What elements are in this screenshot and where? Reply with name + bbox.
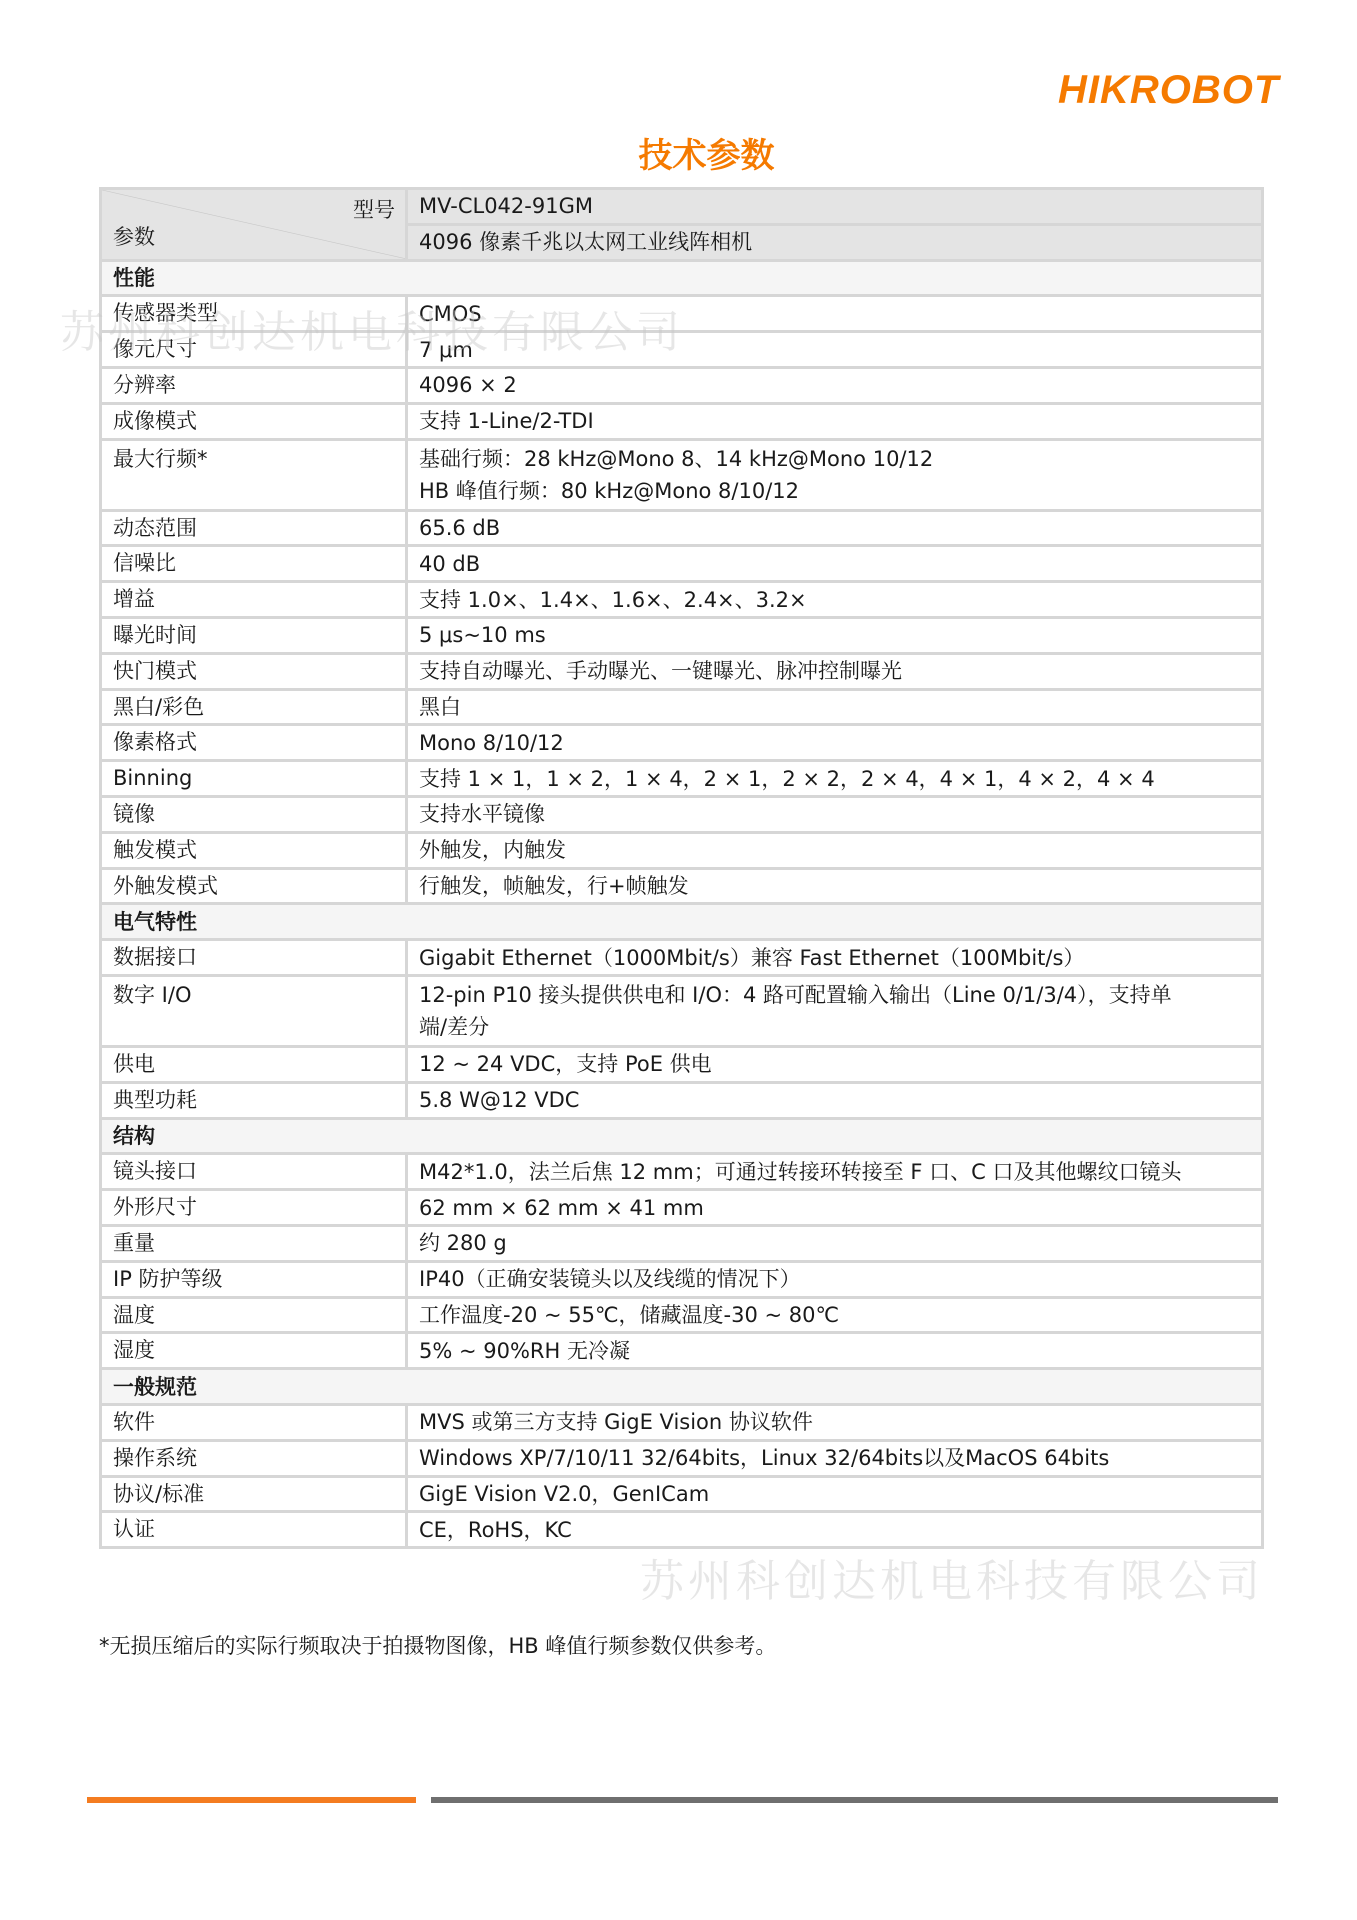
spec-value-line: IP40（正确安装镜头以及线缆的情况下） bbox=[419, 1263, 1261, 1295]
spec-label: 镜头接口 bbox=[101, 1154, 407, 1190]
spec-label: IP 防护等级 bbox=[101, 1261, 407, 1297]
spec-value-line: HB 峰值行频：80 kHz@Mono 8/10/12 bbox=[419, 475, 1261, 507]
spec-row: 典型功耗5.8 W@12 VDC bbox=[101, 1082, 1263, 1118]
spec-value-line: 62 mm × 62 mm × 41 mm bbox=[419, 1192, 1261, 1224]
page-title: 技术参数 bbox=[0, 128, 1357, 177]
spec-value-line: 约 280 g bbox=[419, 1227, 1261, 1259]
spec-row: 协议/标准GigE Vision V2.0，GenICam bbox=[101, 1476, 1263, 1512]
spec-row: 数据接口Gigabit Ethernet（1000Mbit/s）兼容 Fast … bbox=[101, 940, 1263, 976]
spec-label: 信噪比 bbox=[101, 546, 407, 582]
spec-row: 重量约 280 g bbox=[101, 1225, 1263, 1261]
spec-value: 基础行频：28 kHz@Mono 8、14 kHz@Mono 10/12HB 峰… bbox=[407, 439, 1263, 510]
spec-label: 数据接口 bbox=[101, 940, 407, 976]
section-title: 性能 bbox=[101, 260, 1263, 296]
spec-value-line: 5 μs~10 ms bbox=[419, 619, 1261, 651]
param-label: 参数 bbox=[113, 221, 155, 253]
spec-row: 分辨率4096 × 2 bbox=[101, 367, 1263, 403]
spec-value: MVS 或第三方支持 GigE Vision 协议软件 bbox=[407, 1404, 1263, 1440]
spec-row: 触发模式外触发，内触发 bbox=[101, 832, 1263, 868]
spec-label: 像素格式 bbox=[101, 725, 407, 761]
spec-value: 4096 × 2 bbox=[407, 367, 1263, 403]
spec-value-line: Gigabit Ethernet（1000Mbit/s）兼容 Fast Ethe… bbox=[419, 942, 1261, 974]
spec-label: 外触发模式 bbox=[101, 868, 407, 904]
spec-row: 动态范围65.6 dB bbox=[101, 510, 1263, 546]
spec-label: 软件 bbox=[101, 1404, 407, 1440]
spec-value-line: CE，RoHS，KC bbox=[419, 1514, 1261, 1546]
spec-label: 重量 bbox=[101, 1225, 407, 1261]
model-label: 型号 bbox=[353, 194, 395, 226]
spec-value-line: 支持 1 × 1，1 × 2，1 × 4，2 × 1，2 × 2，2 × 4，4… bbox=[419, 763, 1261, 795]
spec-value: M42*1.0，法兰后焦 12 mm；可通过转接环转接至 F 口、C 口及其他螺… bbox=[407, 1154, 1263, 1190]
spec-row: 温度工作温度-20 ~ 55℃，储藏温度-30 ~ 80℃ bbox=[101, 1297, 1263, 1333]
section-header: 结构 bbox=[101, 1118, 1263, 1154]
spec-value-line: M42*1.0，法兰后焦 12 mm；可通过转接环转接至 F 口、C 口及其他螺… bbox=[419, 1156, 1261, 1188]
spec-row: 湿度5% ~ 90%RH 无冷凝 bbox=[101, 1333, 1263, 1369]
spec-value: 支持 1-Line/2-TDI bbox=[407, 403, 1263, 439]
spec-value: 黑白 bbox=[407, 689, 1263, 725]
spec-value-line: 基础行频：28 kHz@Mono 8、14 kHz@Mono 10/12 bbox=[419, 443, 1261, 475]
spec-row: 数字 I/O12-pin P10 接头提供供电和 I/O：4 路可配置输入输出（… bbox=[101, 975, 1263, 1046]
watermark-bottom: 苏州科创达机电科技有限公司 bbox=[640, 1545, 1264, 1609]
section-header: 电气特性 bbox=[101, 904, 1263, 940]
section-title: 电气特性 bbox=[101, 904, 1263, 940]
spec-label: 分辨率 bbox=[101, 367, 407, 403]
spec-value: 支持 1.0×、1.4×、1.6×、2.4×、3.2× bbox=[407, 582, 1263, 618]
spec-value: IP40（正确安装镜头以及线缆的情况下） bbox=[407, 1261, 1263, 1297]
spec-value: 40 dB bbox=[407, 546, 1263, 582]
spec-label: 触发模式 bbox=[101, 832, 407, 868]
footer-bar-orange bbox=[87, 1797, 416, 1803]
spec-label: Binning bbox=[101, 761, 407, 797]
spec-value: 65.6 dB bbox=[407, 510, 1263, 546]
spec-value: Mono 8/10/12 bbox=[407, 725, 1263, 761]
spec-label: 外形尺寸 bbox=[101, 1190, 407, 1226]
spec-value: 行触发，帧触发，行+帧触发 bbox=[407, 868, 1263, 904]
spec-value: 5% ~ 90%RH 无冷凝 bbox=[407, 1333, 1263, 1369]
spec-value: Gigabit Ethernet（1000Mbit/s）兼容 Fast Ethe… bbox=[407, 940, 1263, 976]
spec-value-line: 12 ~ 24 VDC，支持 PoE 供电 bbox=[419, 1048, 1261, 1080]
spec-label: 温度 bbox=[101, 1297, 407, 1333]
section-title: 结构 bbox=[101, 1118, 1263, 1154]
spec-row: 最大行频*基础行频：28 kHz@Mono 8、14 kHz@Mono 10/1… bbox=[101, 439, 1263, 510]
spec-value: CMOS bbox=[407, 296, 1263, 332]
spec-value-line: 5% ~ 90%RH 无冷凝 bbox=[419, 1335, 1261, 1367]
spec-value: 62 mm × 62 mm × 41 mm bbox=[407, 1190, 1263, 1226]
spec-label: 动态范围 bbox=[101, 510, 407, 546]
spec-value-line: 黑白 bbox=[419, 691, 1261, 723]
spec-row: 传感器类型CMOS bbox=[101, 296, 1263, 332]
spec-value-line: GigE Vision V2.0，GenICam bbox=[419, 1478, 1261, 1510]
spec-row: 外形尺寸62 mm × 62 mm × 41 mm bbox=[101, 1190, 1263, 1226]
header-row-model: 型号 参数 MV-CL042-91GM bbox=[101, 189, 1263, 225]
spec-value: CE，RoHS，KC bbox=[407, 1512, 1263, 1548]
spec-value-line: 5.8 W@12 VDC bbox=[419, 1084, 1261, 1116]
spec-value: Windows XP/7/10/11 32/64bits，Linux 32/64… bbox=[407, 1440, 1263, 1476]
spec-value: 外触发，内触发 bbox=[407, 832, 1263, 868]
spec-value-line: 工作温度-20 ~ 55℃，储藏温度-30 ~ 80℃ bbox=[419, 1299, 1261, 1331]
spec-label: 认证 bbox=[101, 1512, 407, 1548]
spec-label: 黑白/彩色 bbox=[101, 689, 407, 725]
spec-row: 快门模式支持自动曝光、手动曝光、一键曝光、脉冲控制曝光 bbox=[101, 653, 1263, 689]
spec-label: 像元尺寸 bbox=[101, 332, 407, 368]
section-title: 一般规范 bbox=[101, 1369, 1263, 1405]
spec-label: 操作系统 bbox=[101, 1440, 407, 1476]
spec-row: 镜头接口M42*1.0，法兰后焦 12 mm；可通过转接环转接至 F 口、C 口… bbox=[101, 1154, 1263, 1190]
spec-value-line: 支持 1.0×、1.4×、1.6×、2.4×、3.2× bbox=[419, 584, 1261, 616]
spec-value-line: 7 μm bbox=[419, 334, 1261, 366]
spec-value-line: 4096 × 2 bbox=[419, 369, 1261, 401]
spec-label: 镜像 bbox=[101, 796, 407, 832]
spec-row: 镜像支持水平镜像 bbox=[101, 796, 1263, 832]
spec-row: IP 防护等级IP40（正确安装镜头以及线缆的情况下） bbox=[101, 1261, 1263, 1297]
spec-row: 像元尺寸7 μm bbox=[101, 332, 1263, 368]
spec-value-line: 12-pin P10 接头提供供电和 I/O：4 路可配置输入输出（Line 0… bbox=[419, 979, 1261, 1011]
spec-table: 型号 参数 MV-CL042-91GM 4096 像素千兆以太网工业线阵相机 性… bbox=[99, 187, 1264, 1549]
spec-row: 软件MVS 或第三方支持 GigE Vision 协议软件 bbox=[101, 1404, 1263, 1440]
spec-value: 12-pin P10 接头提供供电和 I/O：4 路可配置输入输出（Line 0… bbox=[407, 975, 1263, 1046]
spec-value-line: Mono 8/10/12 bbox=[419, 727, 1261, 759]
spec-value-line: 外触发，内触发 bbox=[419, 834, 1261, 866]
spec-value: 约 280 g bbox=[407, 1225, 1263, 1261]
spec-row: 像素格式Mono 8/10/12 bbox=[101, 725, 1263, 761]
spec-label: 曝光时间 bbox=[101, 617, 407, 653]
spec-label: 数字 I/O bbox=[101, 975, 407, 1046]
footnote: *无损压缩后的实际行频取决于拍摄物图像，HB 峰值行频参数仅供参考。 bbox=[99, 1630, 776, 1660]
section-header: 性能 bbox=[101, 260, 1263, 296]
spec-value-line: 行触发，帧触发，行+帧触发 bbox=[419, 870, 1261, 902]
spec-value-line: 支持 1-Line/2-TDI bbox=[419, 405, 1261, 437]
spec-row: 成像模式支持 1-Line/2-TDI bbox=[101, 403, 1263, 439]
spec-value: 7 μm bbox=[407, 332, 1263, 368]
spec-value: 支持水平镜像 bbox=[407, 796, 1263, 832]
spec-value-line: Windows XP/7/10/11 32/64bits，Linux 32/64… bbox=[419, 1442, 1261, 1474]
spec-row: 外触发模式行触发，帧触发，行+帧触发 bbox=[101, 868, 1263, 904]
spec-label: 快门模式 bbox=[101, 653, 407, 689]
model-value: MV-CL042-91GM bbox=[407, 189, 1263, 225]
spec-row: 曝光时间5 μs~10 ms bbox=[101, 617, 1263, 653]
spec-row: 认证CE，RoHS，KC bbox=[101, 1512, 1263, 1548]
spec-label: 传感器类型 bbox=[101, 296, 407, 332]
footer-bar-grey bbox=[431, 1797, 1278, 1803]
spec-value-line: 支持自动曝光、手动曝光、一键曝光、脉冲控制曝光 bbox=[419, 655, 1261, 687]
header-corner-cell: 型号 参数 bbox=[101, 189, 407, 261]
spec-label: 最大行频* bbox=[101, 439, 407, 510]
spec-value-line: 支持水平镜像 bbox=[419, 798, 1261, 830]
section-header: 一般规范 bbox=[101, 1369, 1263, 1405]
spec-value-line: MVS 或第三方支持 GigE Vision 协议软件 bbox=[419, 1406, 1261, 1438]
spec-label: 增益 bbox=[101, 582, 407, 618]
spec-value: GigE Vision V2.0，GenICam bbox=[407, 1476, 1263, 1512]
spec-label: 湿度 bbox=[101, 1333, 407, 1369]
spec-value-line: CMOS bbox=[419, 298, 1261, 330]
spec-value-line: 40 dB bbox=[419, 548, 1261, 580]
spec-row: 操作系统Windows XP/7/10/11 32/64bits，Linux 3… bbox=[101, 1440, 1263, 1476]
spec-value: 5 μs~10 ms bbox=[407, 617, 1263, 653]
spec-row: Binning支持 1 × 1，1 × 2，1 × 4，2 × 1，2 × 2，… bbox=[101, 761, 1263, 797]
hikrobot-logo: HIKROBOT bbox=[1058, 68, 1279, 113]
description-value: 4096 像素千兆以太网工业线阵相机 bbox=[407, 224, 1263, 260]
spec-label: 成像模式 bbox=[101, 403, 407, 439]
spec-value: 支持自动曝光、手动曝光、一键曝光、脉冲控制曝光 bbox=[407, 653, 1263, 689]
spec-value: 5.8 W@12 VDC bbox=[407, 1082, 1263, 1118]
spec-row: 信噪比40 dB bbox=[101, 546, 1263, 582]
spec-label: 供电 bbox=[101, 1046, 407, 1082]
spec-label: 典型功耗 bbox=[101, 1082, 407, 1118]
spec-row: 增益支持 1.0×、1.4×、1.6×、2.4×、3.2× bbox=[101, 582, 1263, 618]
spec-value-line: 端/差分 bbox=[419, 1011, 1261, 1043]
spec-label: 协议/标准 bbox=[101, 1476, 407, 1512]
spec-value: 支持 1 × 1，1 × 2，1 × 4，2 × 1，2 × 2，2 × 4，4… bbox=[407, 761, 1263, 797]
spec-row: 供电12 ~ 24 VDC，支持 PoE 供电 bbox=[101, 1046, 1263, 1082]
spec-row: 黑白/彩色黑白 bbox=[101, 689, 1263, 725]
spec-value: 工作温度-20 ~ 55℃，储藏温度-30 ~ 80℃ bbox=[407, 1297, 1263, 1333]
spec-value: 12 ~ 24 VDC，支持 PoE 供电 bbox=[407, 1046, 1263, 1082]
spec-value-line: 65.6 dB bbox=[419, 512, 1261, 544]
